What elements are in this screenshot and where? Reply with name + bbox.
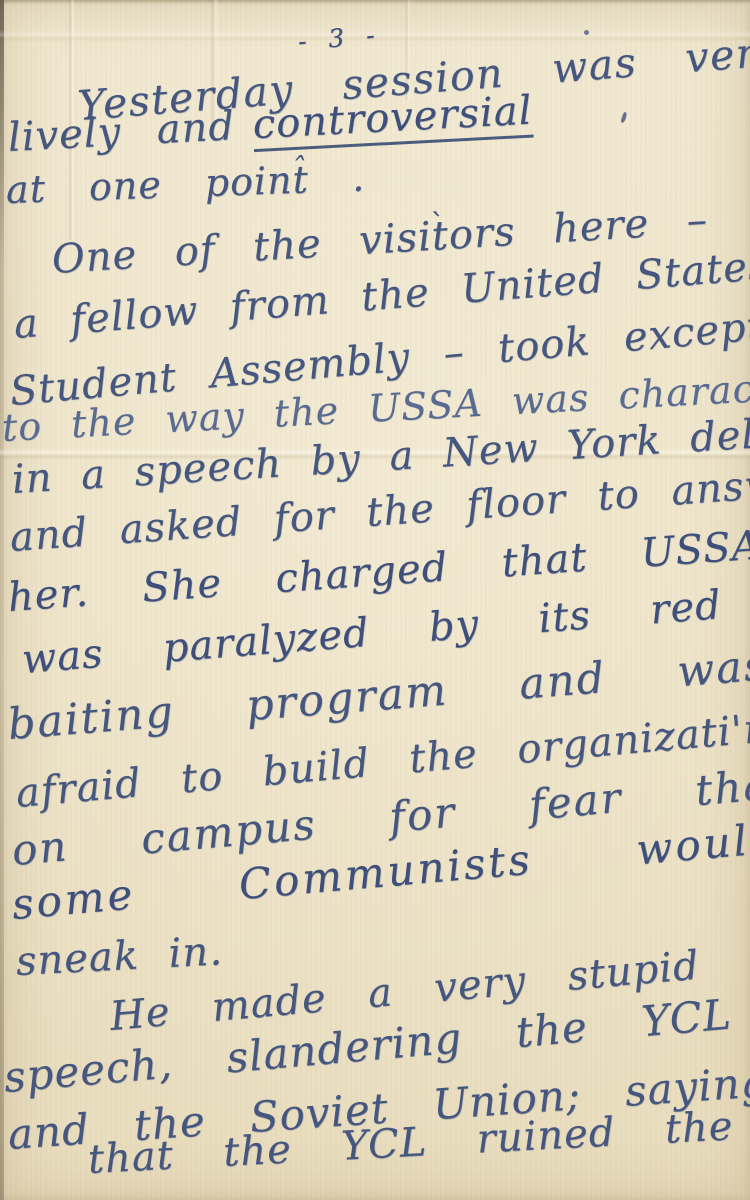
ink-speck [584, 30, 589, 35]
letter-page: - 3 - Yesterday session was very lively … [0, 0, 750, 1200]
page-number: - 3 - [297, 21, 382, 56]
handwritten-line: sneak in. [15, 929, 224, 984]
scan-edge-shadow [0, 0, 4, 1200]
handwritten-line: at one point . [5, 157, 365, 211]
line-text: lively and [7, 103, 236, 161]
ink-speck [620, 112, 627, 124]
scan-edge-shadow [0, 0, 750, 4]
ink-caret-mark: ˆ [290, 152, 305, 187]
